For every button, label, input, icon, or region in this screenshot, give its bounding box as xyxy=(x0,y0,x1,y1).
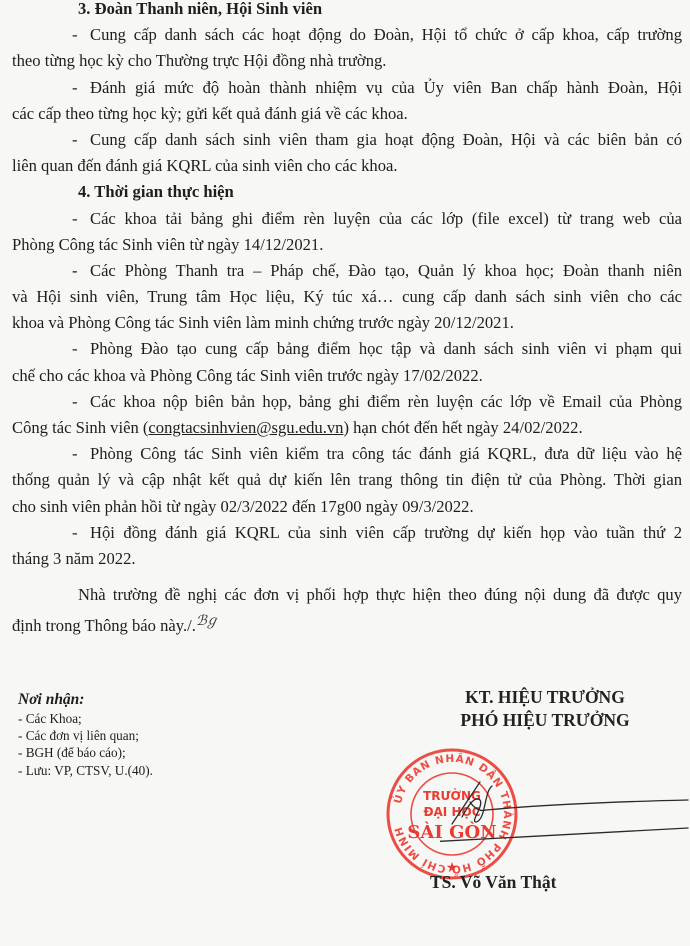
recipient-item: - Các Khoa; xyxy=(18,710,153,727)
recipients-block: Nơi nhận: - Các Khoa; - Các đơn vị liên … xyxy=(18,690,153,779)
signature-block: KT. HIỆU TRƯỞNG PHÓ HIỆU TRƯỞNG xyxy=(380,686,690,732)
section-4-item-1: -Các khoa tải bảng ghi điểm rèn luyện củ… xyxy=(12,206,682,232)
closing-paragraph: Nhà trường đề nghị các đơn vị phối hợp t… xyxy=(12,582,682,608)
section-3-item-3: -Cung cấp danh sách sinh viên tham gia h… xyxy=(12,127,682,153)
section-3-item-2-cont: các cấp theo từng học kỳ; gửi kết quả đá… xyxy=(12,101,682,127)
section-3-item-2: -Đánh giá mức độ hoàn thành nhiệm vụ của… xyxy=(12,75,682,101)
document-page: 3. Đoàn Thanh niên, Hội Sinh viên -Cung … xyxy=(0,0,690,946)
section-3-item-1: -Cung cấp danh sách các hoạt động do Đoà… xyxy=(12,22,682,48)
section-3-item-1-cont: theo từng học kỳ cho Thường trực Hội đồn… xyxy=(12,48,682,74)
section-3-item-3-cont: liên quan đến đánh giá KQRL của sinh viê… xyxy=(12,153,682,179)
signer-role-line2: PHÓ HIỆU TRƯỞNG xyxy=(380,709,690,732)
section-4-item-1-cont: Phòng Công tác Sinh viên từ ngày 14/12/2… xyxy=(12,232,682,258)
spacer xyxy=(12,572,682,582)
handwritten-signature-icon xyxy=(440,762,690,852)
section-4-item-2-cont2: khoa và Phòng Công tác Sinh viên làm min… xyxy=(12,310,682,336)
closing-paragraph-cont: định trong Thông báo này./.ℬℊ xyxy=(12,608,682,634)
signer-name: TS. Võ Văn Thật xyxy=(430,872,556,893)
section-4-item-2: -Các Phòng Thanh tra – Pháp chế, Đào tạo… xyxy=(12,258,682,284)
recipient-item: - BGH (để báo cáo); xyxy=(18,744,153,761)
section-4-item-5-cont2: cho sinh viên phản hồi từ ngày 02/3/2022… xyxy=(12,494,682,520)
section-4-item-6-cont: tháng 3 năm 2022. xyxy=(12,546,682,572)
signer-role-line1: KT. HIỆU TRƯỞNG xyxy=(380,686,690,709)
document-body: 3. Đoàn Thanh niên, Hội Sinh viên -Cung … xyxy=(12,0,682,635)
section-4-item-4: -Các khoa nộp biên bản họp, bảng ghi điể… xyxy=(12,389,682,415)
section-4-item-3: -Phòng Đào tạo cung cấp bảng điểm học tậ… xyxy=(12,336,682,362)
recipient-item: - Các đơn vị liên quan; xyxy=(18,727,153,744)
section-4-item-3-cont: chế cho các khoa và Phòng Công tác Sinh … xyxy=(12,363,682,389)
recipient-item: - Lưu: VP, CTSV, U.(40). xyxy=(18,762,153,779)
section-4-heading: 4. Thời gian thực hiện xyxy=(12,179,682,205)
email-link[interactable]: congtacsinhvien@sgu.edu.vn xyxy=(148,418,343,437)
section-4-item-4-cont: Công tác Sinh viên (congtacsinhvien@sgu.… xyxy=(12,415,682,441)
section-4-item-5: -Phòng Công tác Sinh viên kiểm tra công … xyxy=(12,441,682,467)
section-4-item-5-cont: thống quản lý và cập nhật kết quả dự kiế… xyxy=(12,467,682,493)
initials-mark: ℬℊ xyxy=(196,613,217,629)
section-3-heading: 3. Đoàn Thanh niên, Hội Sinh viên xyxy=(12,0,682,22)
section-4-item-6: -Hội đồng đánh giá KQRL của sinh viên cấ… xyxy=(12,520,682,546)
section-4-item-2-cont: và Hội sinh viên, Trung tâm Học liệu, Ký… xyxy=(12,284,682,310)
recipients-title: Nơi nhận: xyxy=(18,690,153,710)
